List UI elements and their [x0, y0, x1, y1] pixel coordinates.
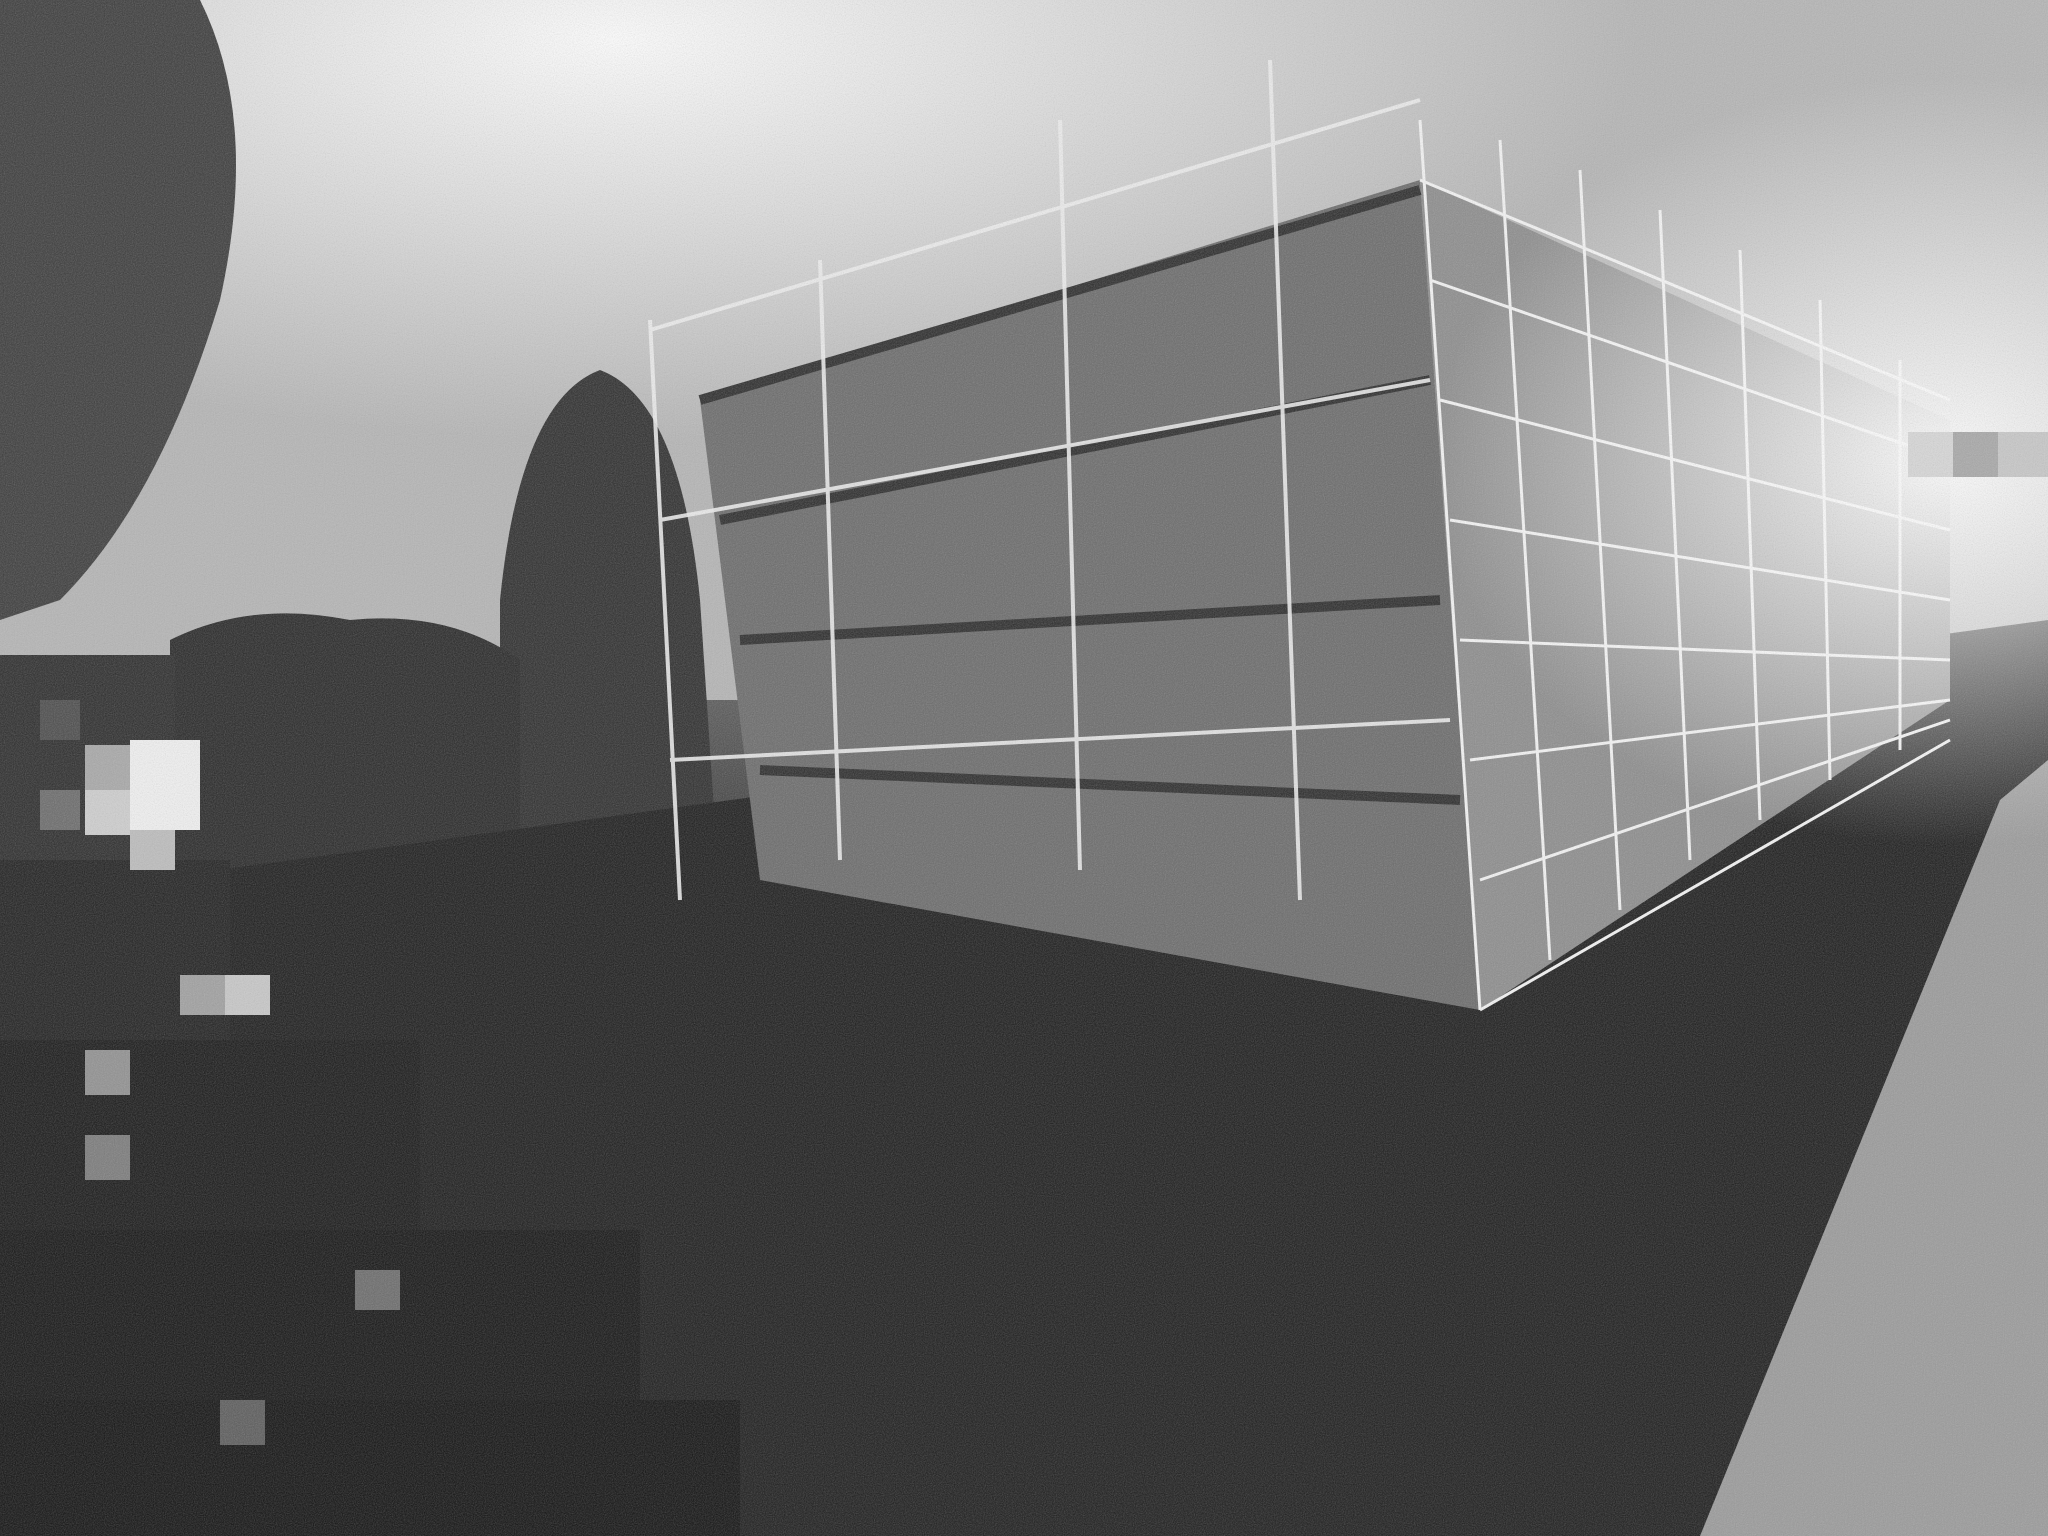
scene-drawing	[0, 0, 2048, 1536]
noise-overlay	[0, 0, 2048, 1536]
photo-scene	[0, 0, 2048, 1536]
